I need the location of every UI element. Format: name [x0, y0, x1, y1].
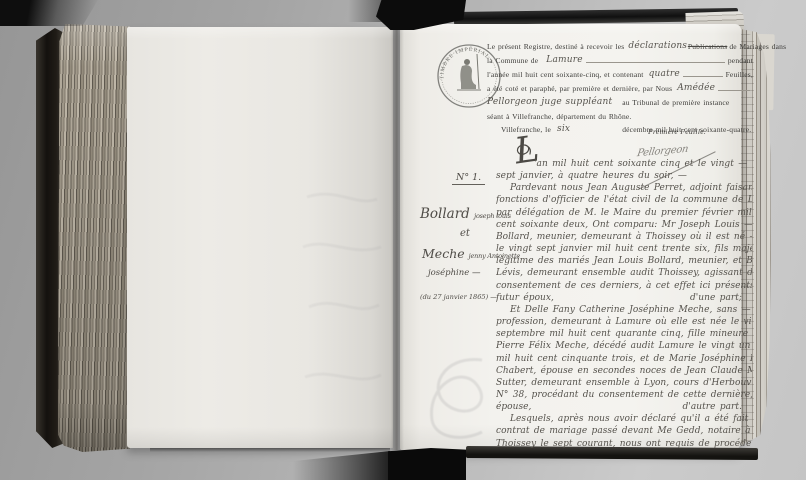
- margin-act-date: (du 27 janvier 1865) —: [420, 293, 497, 301]
- act-line: fonctions d'officier de l'état civil de …: [496, 194, 752, 206]
- act-line: 'an mil huit cent soixante cinq et le vi…: [496, 158, 752, 170]
- header-text: au Tribunal de première instance: [622, 96, 729, 109]
- fore-edge-page-stack: [58, 24, 130, 452]
- header-text: séant à Villefranche, département du Rhô…: [487, 110, 632, 123]
- bride-surname: Meche: [422, 246, 465, 261]
- act-line: Pardevant nous Jean Auguste Perret, adjo…: [496, 182, 752, 194]
- header-text: la Commune de: [487, 54, 538, 67]
- groom-surname: Bollard: [420, 206, 470, 222]
- cradle-shadow-top-center: [348, 0, 382, 22]
- day-fill-in: six: [557, 123, 570, 136]
- act-line-right: d'une part;: [690, 292, 742, 304]
- printed-register-header: Le présent Registre, destiné à recevoir …: [487, 40, 753, 137]
- seated-figure-icon: [457, 54, 481, 90]
- act-line: Chabert, épouse en secondes noces de Jea…: [496, 365, 752, 377]
- act-line-left: épouse,: [496, 401, 531, 413]
- act-line: le vingt sept janvier mil huit cent tren…: [496, 243, 752, 255]
- act-line: Lévis, demeurant ensemble audit Thoissey…: [496, 267, 752, 279]
- book-gutter-shadow: [391, 26, 404, 450]
- header-line-6: séant à Villefranche, département du Rhô…: [487, 110, 753, 123]
- blank-rule: [718, 83, 750, 91]
- act-line: Bollard, meunier, demeurant à Thoissey o…: [496, 231, 752, 243]
- act-line: Lesquels, après nous avoir déclaré qu'il…: [496, 413, 752, 425]
- act-number: N° 1.: [452, 172, 485, 185]
- header-line-2: la Commune de Lamure pendant: [487, 54, 753, 68]
- act-line: septembre mil huit cent quarante cinq, f…: [496, 328, 752, 340]
- header-line-4: a été coté et paraphé, par première et d…: [487, 82, 753, 96]
- act-line: consentement de ces derniers, à cet effe…: [496, 280, 752, 292]
- act-line: contrat de mariage passé devant Me Gedd,…: [496, 425, 752, 437]
- correction: déclarations Publications: [626, 40, 727, 54]
- header-text: pendant: [728, 54, 753, 67]
- header-text: a été coté et paraphé, par première et d…: [487, 82, 672, 95]
- blank-rule: [586, 55, 725, 63]
- blank-rule: [683, 69, 723, 77]
- header-line-3: l'année mil huit cent soixante-cinq, et …: [487, 68, 753, 82]
- header-text: Le présent Registre, destiné à recevoir …: [487, 40, 624, 53]
- margin-conjunction: et: [460, 228, 470, 239]
- struck-word: Publications: [688, 42, 727, 51]
- left-page-bottom-shadow: [150, 448, 390, 452]
- judge-name-fill-in: Amédée: [677, 82, 715, 95]
- act-line: Et Delle Fany Catherine Joséphine Meche,…: [496, 304, 752, 316]
- act-line: épouse, d'autre part.: [496, 401, 752, 413]
- act-line: légitime des mariés Jean Louis Bollard, …: [496, 255, 752, 267]
- act-line: profession, demeurant à Lamure où elle e…: [496, 316, 752, 328]
- judge-title-fill-in: Pellorgeon juge suppléant: [487, 96, 612, 109]
- act-line: mil huit cent cinquante trois, et de Mar…: [496, 353, 752, 365]
- header-text: Feuilles,: [726, 68, 753, 81]
- act-line: Thoissey le sept courant, nous ont requi…: [496, 438, 752, 450]
- act-line: N° 38, procédant du consentement de cett…: [496, 389, 752, 401]
- act-line: Sutter, demeurant ensemble à Lyon, cours…: [496, 377, 752, 389]
- cradle-patch-bottom-center: [388, 448, 466, 480]
- act-line-right: d'autre part.: [683, 401, 742, 413]
- act-line-left: futur époux,: [496, 292, 554, 304]
- premiere-feuille-label: Première Feuille.: [648, 127, 706, 136]
- marriage-act-text: 'an mil huit cent soixante cinq et le vi…: [496, 158, 752, 450]
- archival-photo: TIMBRE IMPÉRIAL Le présent Registre, des…: [0, 0, 806, 480]
- blank-left-page: [127, 27, 393, 448]
- act-line: sept janvier, à quatre heures du soir, —: [496, 170, 752, 182]
- inserted-word: déclarations: [628, 41, 687, 51]
- act-line: par délégation de M. le Maire du premier…: [496, 207, 752, 219]
- cradle-patch-top-left: [0, 0, 98, 26]
- act-line: Pierre Félix Meche, décédé audit Lamure …: [496, 340, 752, 352]
- commune-fill-in: Lamure: [546, 54, 583, 67]
- header-text: de Mariages dans: [729, 40, 786, 53]
- header-line-5: Pellorgeon juge suppléant au Tribunal de…: [487, 96, 753, 110]
- shadow-wedge-bottom: [293, 451, 390, 480]
- act-line: futur époux, d'une part;: [496, 292, 752, 304]
- bride-given-name-2: joséphine —: [428, 268, 481, 278]
- sheet-count-fill-in: quatre: [649, 68, 680, 81]
- header-line-1: Le présent Registre, destiné à recevoir …: [487, 40, 753, 54]
- bleed-through-marks: [297, 177, 387, 437]
- act-line: cent soixante deux, Ont comparu: Mr Jose…: [496, 219, 752, 231]
- bleed-through-flourish: [412, 350, 507, 445]
- header-text: l'année mil huit cent soixante-cinq, et …: [487, 68, 644, 81]
